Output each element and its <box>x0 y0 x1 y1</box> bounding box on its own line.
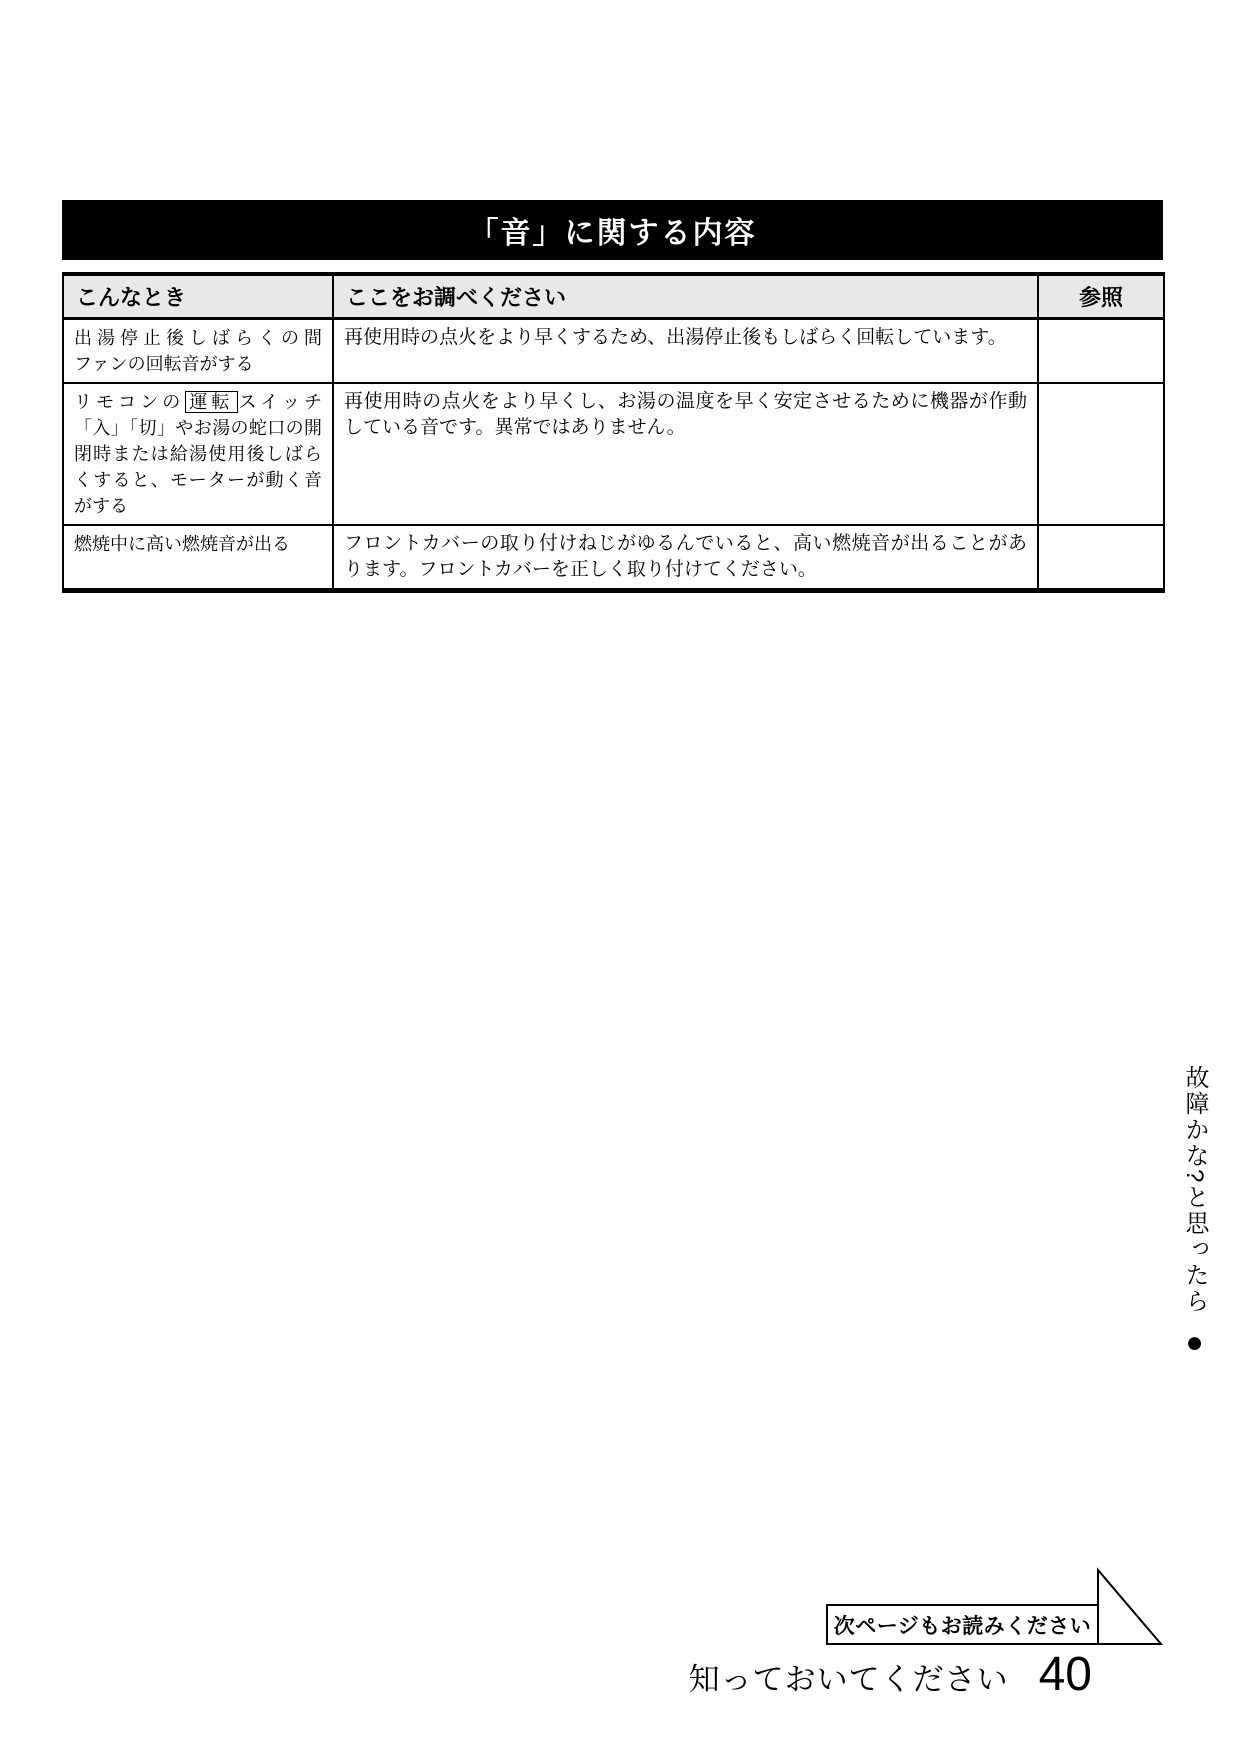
table-row: リモコンの運転スイッチ「入」「切」やお湯の蛇口の開閉時または給湯使用後しばらくす… <box>63 383 1164 525</box>
when-text-line2: ファンの回転音がする <box>74 351 322 377</box>
check-cell: フロントカバーの取り付けねじがゆるんでいると、高い燃焼音が出ることがあります。フ… <box>333 525 1038 591</box>
troubleshooting-table: こんなとき ここをお調べください 参照 出湯停止後しばらくの間 ファンの回転音が… <box>62 272 1165 593</box>
chapter-bullet-icon: ● <box>1178 1314 1211 1361</box>
ref-cell <box>1038 525 1164 591</box>
footer-section-label: 知っておいてください <box>689 1654 1009 1699</box>
ref-cell <box>1038 383 1164 525</box>
check-cell: 再使用時の点火をより早くするため、出湯停止後もしばらく回転しています。 <box>333 319 1038 384</box>
when-cell: リモコンの運転スイッチ「入」「切」やお湯の蛇口の開閉時または給湯使用後しばらくす… <box>63 383 333 525</box>
ref-cell <box>1038 319 1164 384</box>
table-row: 出湯停止後しばらくの間 ファンの回転音がする 再使用時の点火をより早くするため、… <box>63 319 1164 384</box>
when-cell: 出湯停止後しばらくの間 ファンの回転音がする <box>63 319 333 384</box>
column-header-when: こんなとき <box>63 274 333 319</box>
column-header-ref: 参照 <box>1038 274 1164 319</box>
operation-switch-box: 運転 <box>185 391 237 413</box>
section-title-banner: 「音」に関する内容 <box>62 200 1163 260</box>
column-header-check: ここをお調べください <box>333 274 1038 319</box>
page-footer: 知っておいてください 40 <box>689 1647 1092 1702</box>
chapter-label-text: 故障かな?と思ったら <box>1181 1065 1208 1314</box>
when-text-line1: 出湯停止後しばらくの間 <box>74 325 322 351</box>
manual-page: { "banner": { "title": "「音」に関する内容" }, "t… <box>0 0 1240 1754</box>
check-cell: 再使用時の点火をより早くし、お湯の温度を早く安定させるために機器が作動している音… <box>333 383 1038 525</box>
next-page-note: 次ページもお読みください <box>829 1606 1096 1643</box>
section-title: 「音」に関する内容 <box>469 208 757 252</box>
troubleshooting-table-wrap: こんなとき ここをお調べください 参照 出湯停止後しばらくの間 ファンの回転音が… <box>62 272 1163 593</box>
table-row: 燃焼中に高い燃焼音が出る フロントカバーの取り付けねじがゆるんでいると、高い燃焼… <box>63 525 1164 591</box>
table-header-row: こんなとき ここをお調べください 参照 <box>63 274 1164 319</box>
chapter-sidebar-label: 故障かな?と思ったら● <box>1177 1065 1212 1385</box>
when-text-pre: リモコンの <box>74 392 184 412</box>
page-number: 40 <box>1039 1647 1092 1702</box>
when-cell: 燃焼中に高い燃焼音が出る <box>63 525 333 591</box>
